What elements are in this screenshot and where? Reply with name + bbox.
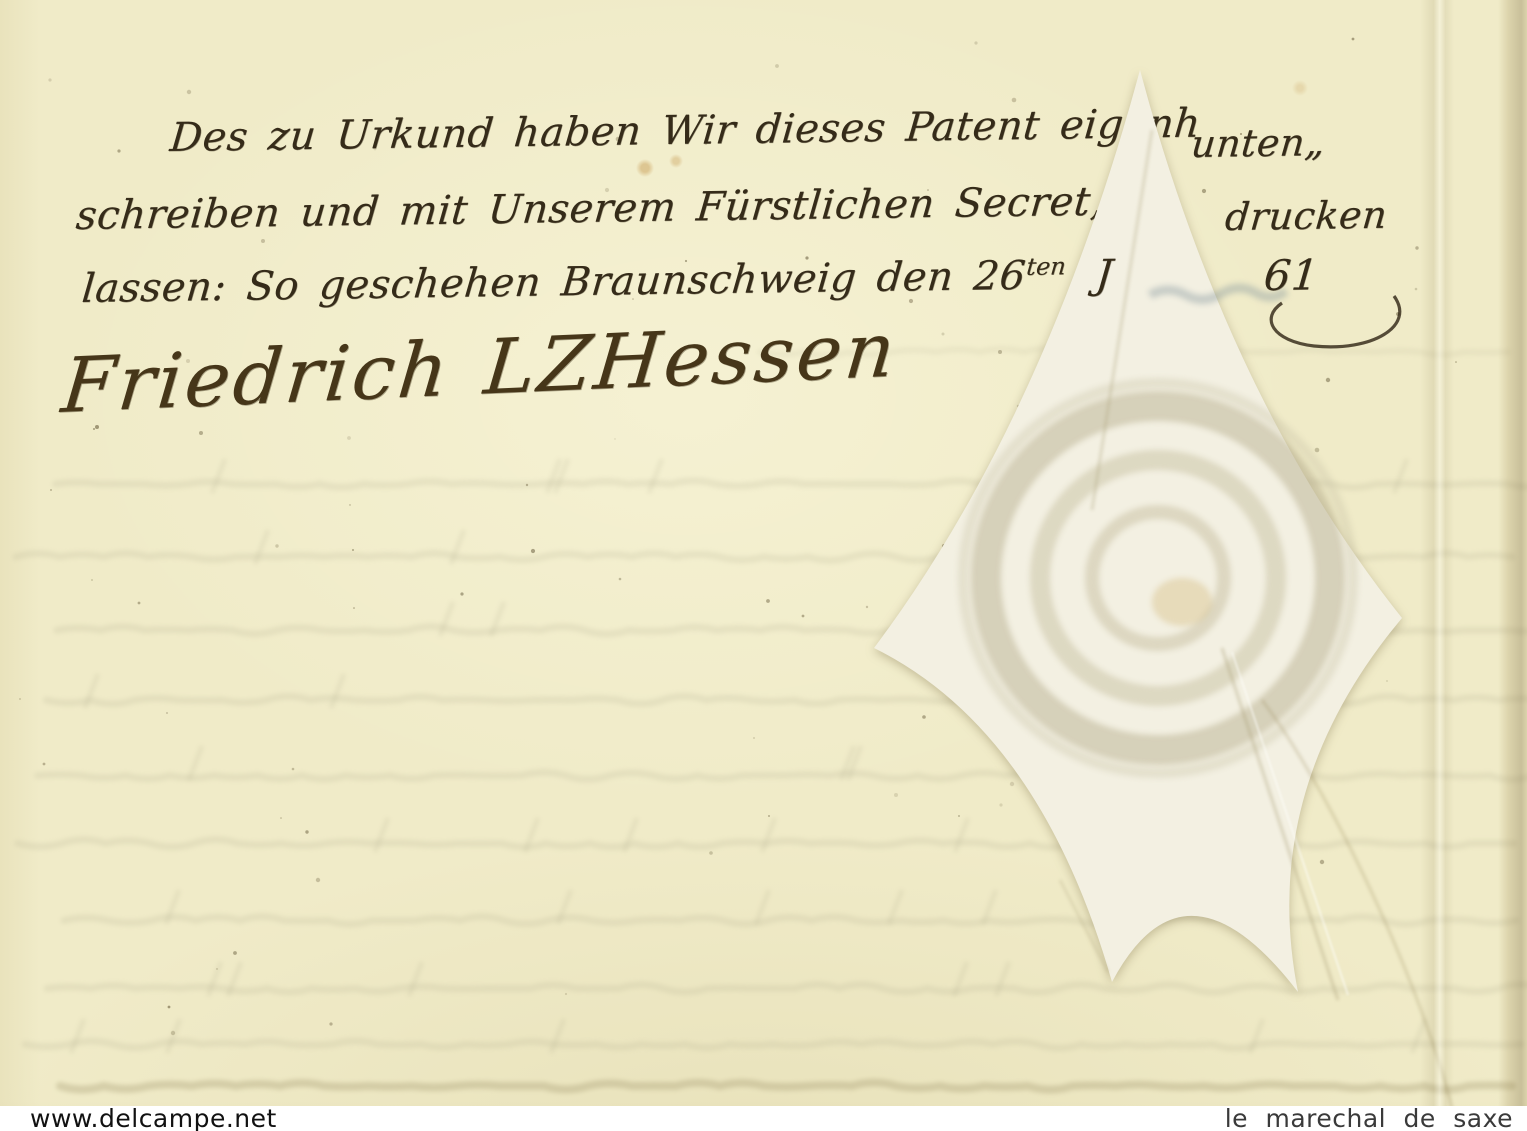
signature-friedrich-l-hessen: Friedrich LZHessen <box>59 312 901 424</box>
handwriting-line-2-right: drucken <box>1224 196 1389 236</box>
flourish-ink-stroke <box>1271 296 1400 347</box>
seal-embossing <box>963 383 1353 773</box>
document-scan: Des zu Urkund haben Wir dieses Patent ei… <box>0 0 1527 1131</box>
page-edge-right <box>1498 0 1527 1131</box>
ghost-bleedthrough-layer <box>0 0 1527 1131</box>
handwriting-line-1-right: unten„ <box>1190 123 1328 163</box>
handwriting-line-2-left: schreiben und mit Unserem Fürstlichen Se… <box>74 181 1177 236</box>
line-3-superscript: ten <box>1025 252 1067 281</box>
handwriting-line-3-month-initial: J <box>1094 255 1114 295</box>
vertical-fold-crease <box>1420 0 1454 1131</box>
line-3-text: lassen: So geschehen Braunschweig den 26 <box>80 253 1028 312</box>
diagonal-crease-bottom-right <box>1262 700 1452 1108</box>
watermark-marechal-de-saxe: le marechal de saxe <box>1225 1106 1513 1131</box>
handwriting-line-3-right: 61 <box>1262 254 1320 297</box>
watermark-delcampe: www.delcampe.net <box>30 1106 277 1131</box>
seal-layer <box>0 0 1527 1131</box>
watermark-bar: www.delcampe.net le marechal de saxe <box>0 1106 1527 1131</box>
handwriting-line-1-left: Des zu Urkund haben Wir dieses Patent ei… <box>168 104 1202 158</box>
handwriting-line-3-left: lassen: So geschehen Braunschweig den 26… <box>80 253 1128 309</box>
